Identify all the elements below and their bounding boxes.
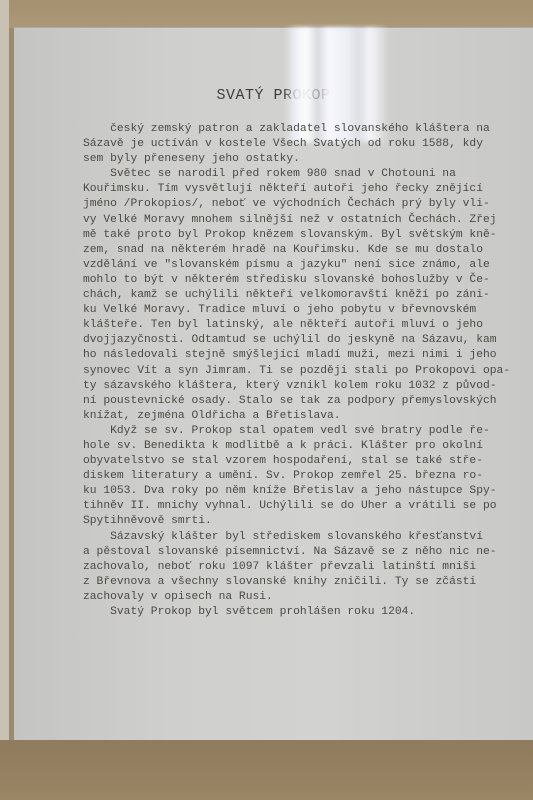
text-line: ku Velké Moravy. Tradice mluví o jeho po… — [83, 303, 523, 318]
text-line: a pěstoval slovanské písemnictví. Na Sáz… — [83, 545, 523, 560]
paragraph: český zemský patron a zakladatel slovans… — [83, 122, 523, 167]
background-wall-top — [0, 0, 533, 28]
document-body: český zemský patron a zakladatel slovans… — [83, 122, 523, 620]
text-line: Sázavský klášter byl střediskem slovansk… — [83, 530, 523, 545]
text-line: ku 1053. Dva roky po něm kníže Břetislav… — [83, 484, 523, 499]
text-line: Světec se narodil před rokem 980 snad v … — [83, 167, 523, 182]
document-title: SVATÝ PROKOP — [14, 87, 533, 104]
text-line: zachovaly v opisech na Rusi. — [83, 590, 523, 605]
text-line: mě také proto byl Prokop knězem slovansk… — [83, 228, 523, 243]
text-line: vy Velké Moravy mnohem silnější než v os… — [83, 213, 523, 228]
paragraph: Světec se narodil před rokem 980 snad v … — [83, 167, 523, 424]
text-line: Kouřimsku. Tím vysvětlují někteří autoři… — [83, 182, 523, 197]
text-line: z Břevnova a všechny slovanské knihy zni… — [83, 575, 523, 590]
paragraph: Sázavský klášter byl střediskem slovansk… — [83, 530, 523, 605]
text-line: jméno /Prokopios/, neboť ve východních Č… — [83, 197, 523, 212]
background-wall-bottom — [0, 740, 533, 800]
text-line: synovec Vít a syn Jimram. Ti se později … — [83, 364, 523, 379]
text-line: ty sázavského kláštera, který vznikl kol… — [83, 379, 523, 394]
text-line: dvojjazyčnosti. Odtamtud se uchýlil do j… — [83, 333, 523, 348]
text-line: mohlo to být v některém středisku slovan… — [83, 273, 523, 288]
text-line: ho následovali stejně smýšlející mladí m… — [83, 348, 523, 363]
text-line: obyvatelstvo se stal vzorem hospodaření,… — [83, 454, 523, 469]
text-line: tihněv II. mnichy vyhnal. Uchýlili se do… — [83, 499, 523, 514]
text-line: zachovalo, neboť roku 1097 klášter převz… — [83, 560, 523, 575]
text-line: hole sv. Benedikta k modlitbě a k práci.… — [83, 439, 523, 454]
text-line: Spytihněvově smrti. — [83, 514, 523, 529]
text-line: vzdělání ve "slovanském písmu a jazyku" … — [83, 258, 523, 273]
text-line: ní poustevnické osady. Stalo se tak za p… — [83, 394, 523, 409]
paragraph: Když se sv. Prokop stal opatem vedl své … — [83, 424, 523, 530]
text-line: knížat, zejména Oldřicha a Břetislava. — [83, 409, 523, 424]
text-line: Sázavě je uctíván v kostele Všech Svatýc… — [83, 137, 523, 152]
typed-document-page: SVATÝ PROKOP český zemský patron a zakla… — [14, 27, 533, 740]
paragraph: Svatý Prokop byl světcem prohlášen roku … — [83, 605, 523, 620]
text-line: chách, kamž se uchýlili někteří velkomor… — [83, 288, 523, 303]
text-line: český zemský patron a zakladatel slovans… — [83, 122, 523, 137]
text-line: Když se sv. Prokop stal opatem vedl své … — [83, 424, 523, 439]
text-line: zem, snad na některém hradě na Kouřimsku… — [83, 243, 523, 258]
text-line: klášteře. Ten byl latinský, ale někteří … — [83, 318, 523, 333]
text-line: Svatý Prokop byl světcem prohlášen roku … — [83, 605, 523, 620]
adjacent-paper-edge — [0, 0, 9, 800]
text-line: sem byly přeneseny jeho ostatky. — [83, 152, 523, 167]
text-line: diskem literatury a umění. Sv. Prokop ze… — [83, 469, 523, 484]
